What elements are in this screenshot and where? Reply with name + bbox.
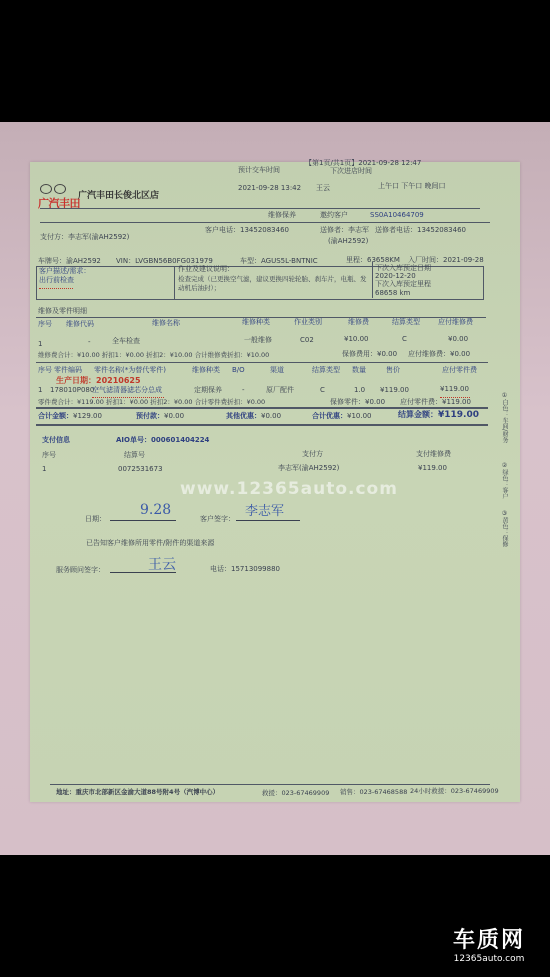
payment-cell: 李志军(渝AH2592) <box>278 465 339 472</box>
rescue-value: 023-67469909 <box>282 789 330 797</box>
address-value: 重庆市北部新区金渝大道88号附4号（汽博中心） <box>76 788 220 796</box>
next-date-value: 2020-12-20 <box>375 273 416 280</box>
parts-col-5: 渠道 <box>270 367 284 374</box>
side-note-yellow: ③黄色：保修 <box>500 510 509 547</box>
suggestion-value: 检查完成（已更换空气滤，建议更换四轮轮胎、刹车片，电瓶、发动机后油封）； <box>178 275 368 293</box>
parts-warranty: 保修零件：¥0.00 <box>330 399 385 406</box>
parts-col-7: 数量 <box>352 367 366 374</box>
labor-cell: 1 <box>38 341 42 348</box>
parts-cell: ¥119.00 <box>380 387 409 394</box>
parts-col-2: 零件名称(*为替代零件) <box>94 367 166 374</box>
labor-col-5: 维修费 <box>348 319 369 326</box>
print-time-value: 2021-09-28 13:42 <box>238 185 301 192</box>
payment-cell: ¥119.00 <box>418 465 447 472</box>
payment-col-0: 序号 <box>42 452 56 459</box>
site-logo-cn: 车质网 <box>434 929 544 953</box>
parts-cell: ¥119.00 <box>440 386 469 393</box>
customer-request-value: 出行前检查 <box>39 277 74 284</box>
other-discount-value: ¥0.00 <box>261 412 281 420</box>
page-info: 【第1页/共1页】2021-09-28 12:47 <box>305 160 421 167</box>
parts-col-1: 零件编码 <box>54 367 82 374</box>
labor-cell: ¥0.00 <box>448 336 468 343</box>
notice-text: 已告知客户维修所用零件/附件的渠道来源 <box>86 540 214 547</box>
parts-cell: 178010P080 <box>50 387 94 394</box>
payment-section-title: 支付信息 <box>42 437 70 444</box>
customer-type-label: 邀约客户 <box>320 212 348 219</box>
maintenance-label: 维修保养 <box>268 212 296 219</box>
other-discount-label: 其他优惠： <box>226 412 261 420</box>
parts-col-4: B/O <box>232 367 245 374</box>
settlement-value: ¥119.00 <box>438 410 479 420</box>
address-label: 地址： <box>56 788 76 796</box>
divider <box>36 362 488 363</box>
total-value: ¥129.00 <box>73 412 102 420</box>
toyota-logo-icon <box>40 184 52 194</box>
work-order-no: SS0A10464709 <box>370 212 424 219</box>
vin-value: LVGBN56B0FG031979 <box>135 257 213 265</box>
sender-value: 李志军 <box>348 226 369 234</box>
labor-warranty: 保修费用：¥0.00 <box>342 351 397 358</box>
parts-cell: 1 <box>38 387 42 394</box>
rescue-label: 救援： <box>262 789 282 797</box>
settlement-label: 结算金额： <box>398 410 438 419</box>
labor-cell: C <box>402 336 407 343</box>
advisor-phone-value: 15713099880 <box>231 565 280 573</box>
sender-phone-value: 13452083460 <box>417 226 466 234</box>
side-note-green: ②绿色：客户 <box>500 462 509 499</box>
payment-col-1: 结算号 <box>124 452 145 459</box>
time-checkboxes: 上午口 下午口 晚间口 <box>378 183 445 190</box>
divider <box>36 424 488 426</box>
entry-value: 2021-09-28 <box>443 256 484 264</box>
divider <box>40 208 480 209</box>
labor-cell: ¥10.00 <box>344 336 369 343</box>
dealer-name: 广汽丰田长俊北区店 <box>78 192 159 201</box>
hotline-label: 24小时救援： <box>410 787 451 795</box>
advisor-sign-label: 服务顾问签字： <box>56 567 105 574</box>
customer-sign-label: 客户签字： <box>200 516 235 523</box>
labor-col-6: 结算类型 <box>392 319 420 326</box>
parts-col-0: 序号 <box>38 367 52 374</box>
customer-sign-line <box>236 520 300 521</box>
aio-label: AIO单号： <box>116 436 151 444</box>
plate-value: 渝AH2592 <box>66 257 101 265</box>
parts-cell: - <box>242 387 245 394</box>
side-note-white: ①白色：车间/财务 <box>500 392 509 443</box>
labor-col-2: 维修名称 <box>152 320 180 327</box>
sender-plate: (渝AH2592) <box>328 238 368 245</box>
divider <box>40 222 490 223</box>
payer-label: 支付方： <box>40 233 68 241</box>
labor-col-7: 应付维修费 <box>438 319 473 326</box>
print-time-label: 预计交车时间 <box>238 167 280 174</box>
parts-cell: 1.0 <box>354 387 365 394</box>
aio-value: 000601404224 <box>151 436 209 444</box>
date-label: 日期： <box>85 516 106 523</box>
mileage-label: 里程： <box>346 256 367 264</box>
entry-label: 入厂时间： <box>408 256 443 264</box>
labor-cell: - <box>88 339 91 346</box>
parts-cell: 定期保养 <box>194 387 222 394</box>
payment-col-3: 支付维修费 <box>416 451 451 458</box>
advisor-signature: 王云 <box>148 554 176 574</box>
phone-value: 13452083460 <box>240 226 289 234</box>
handwritten-date: 9.28 <box>140 502 171 518</box>
payment-cell: 0072531673 <box>118 466 163 473</box>
parts-payable: 应付零件费：¥119.00 <box>400 399 471 406</box>
divider <box>50 784 490 785</box>
parts-subtotal: 零件费合计：¥119.00 折扣1：¥0.00 折扣2：¥0.00 合计零件费折… <box>38 399 265 406</box>
payment-col-2: 支付方 <box>302 451 323 458</box>
total-label: 合计金额： <box>38 412 73 420</box>
site-logo: 车质网 12365auto.com <box>434 929 544 971</box>
parts-col-9: 应付零件费 <box>442 367 477 374</box>
hotline-value: 023-67469909 <box>451 787 499 795</box>
next-mileage-value: 68658 km <box>375 290 410 297</box>
watermark: www.12365auto.com <box>180 479 398 499</box>
parts-cell: 原厂配件 <box>266 387 294 394</box>
site-logo-en: 12365auto.com <box>434 953 544 965</box>
sales-value: 023-67468588 <box>360 788 408 796</box>
payment-cell: 1 <box>42 466 46 473</box>
parts-col-8: 售价 <box>386 367 400 374</box>
vin-label: VIN： <box>116 257 135 265</box>
labor-cell: C02 <box>300 337 314 344</box>
total-discount-label: 合计优惠： <box>312 412 347 420</box>
next-visit-label: 下次进店时间 <box>330 168 372 175</box>
phone-label: 客户电话： <box>205 226 240 234</box>
labor-col-1: 维修代码 <box>66 321 94 328</box>
date-line <box>110 520 176 521</box>
labor-col-0: 序号 <box>38 321 52 328</box>
advisor-name: 王云 <box>316 185 330 192</box>
suggestion-label: 作业及建议说明： <box>178 266 234 273</box>
sender-phone-label: 送修者电话： <box>375 226 417 234</box>
labor-payable: 应付维修费：¥0.00 <box>408 351 470 358</box>
divider <box>36 407 488 409</box>
parts-cell: 空气滤清器滤芯分总成 <box>92 387 162 394</box>
labor-cell: 全车检查 <box>112 338 140 345</box>
parts-col-3: 维修种类 <box>192 367 220 374</box>
parts-col-6: 结算类型 <box>312 367 340 374</box>
plate-label: 车牌号： <box>38 257 66 265</box>
red-underline <box>39 285 73 289</box>
gac-logo-icon <box>54 184 66 194</box>
next-mileage-label: 下次入库预定里程 <box>375 281 431 288</box>
divider <box>372 262 373 298</box>
handwritten-production-date: 生产日期：20210625 <box>56 375 141 386</box>
next-date-label: 下次入库预定日期 <box>375 265 431 272</box>
model-label: 车型： <box>240 257 261 265</box>
customer-request-label: 客户描述/需求： <box>39 268 90 275</box>
model-value: AGUS5L-BNTNIC <box>261 257 318 265</box>
divider <box>174 266 175 300</box>
sender-label: 送修者： <box>320 226 348 234</box>
sales-label: 销售： <box>340 788 360 796</box>
labor-col-3: 维修种类 <box>242 319 270 326</box>
labor-subtotal: 维修费合计：¥10.00 折扣1：¥0.00 折扣2：¥10.00 合计维修费折… <box>38 352 269 359</box>
prepaid-value: ¥0.00 <box>164 412 184 420</box>
labor-col-4: 作业类别 <box>294 319 322 326</box>
prepaid-label: 预付款： <box>136 412 164 420</box>
customer-signature: 李志军 <box>245 500 284 519</box>
total-discount-value: ¥10.00 <box>347 412 372 420</box>
labor-cell: 一般维修 <box>244 337 272 344</box>
labor-section-title: 维修及零件明细 <box>38 308 87 315</box>
payer-value: 李志军(渝AH2592) <box>68 233 129 241</box>
advisor-phone-label: 电话： <box>210 565 231 573</box>
parts-cell: C <box>320 387 325 394</box>
